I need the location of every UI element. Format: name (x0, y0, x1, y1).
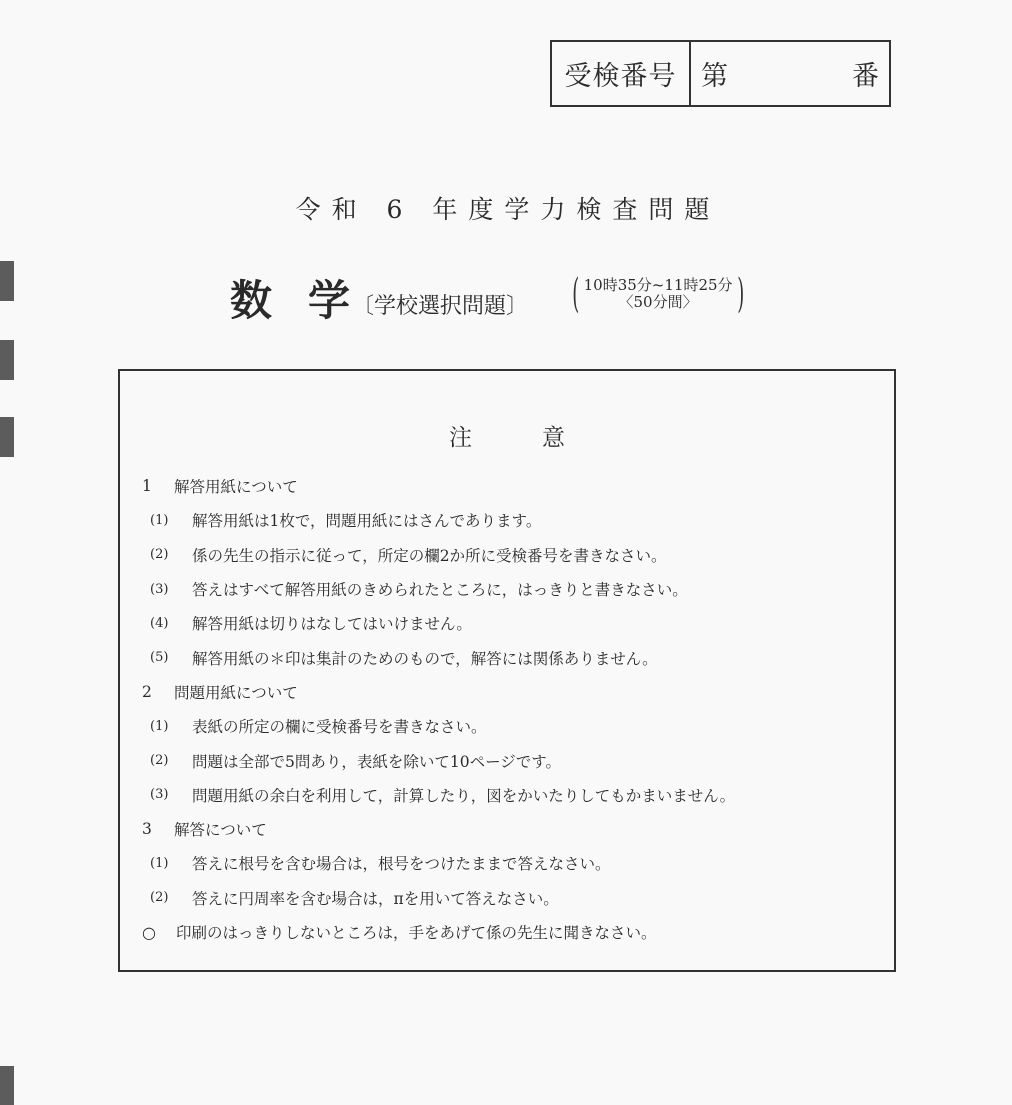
list-item: (2) 係の先生の指示に従って，所定の欄2か所に受検番号を書きなさい。 (142, 538, 884, 572)
final-note: ○ 印刷のはっきりしないところは，手をあげて係の先生に聞きなさい。 (142, 915, 884, 949)
circle-bullet-icon: ○ (142, 923, 176, 942)
exam-number-box: 受検番号 第 番 (550, 40, 891, 107)
notice-list: 1 解答用紙について (1) 解答用紙は1枚で，問題用紙にはさんであります。 (… (142, 469, 884, 949)
scan-mark (0, 1066, 14, 1105)
list-item: (3) 答えはすべて解答用紙のきめられたところに，はっきりと書きなさい。 (142, 572, 884, 606)
exam-number-label: 受検番号 (552, 42, 691, 105)
list-item: (5) 解答用紙の＊印は集計のためのもので，解答には関係ありません。 (142, 640, 884, 674)
year-title: 令和 6 年度学力検査問題 (0, 190, 1012, 226)
scan-mark (0, 417, 14, 457)
list-item: (1) 答えに根号を含む場合は，根号をつけたままで答えなさい。 (142, 846, 884, 880)
list-item: (2) 答えに円周率を含む場合は，πを用いて答えなさい。 (142, 881, 884, 915)
section-heading: 3 解答について (142, 812, 884, 846)
duration: 〈50分間〉 (619, 294, 698, 311)
list-item: (4) 解答用紙は切りはなしてはいけません。 (142, 606, 884, 640)
subject-heading: 数学 〔学校選択問題〕 (230, 268, 528, 328)
list-item: (1) 表紙の所定の欄に受検番号を書きなさい。 (142, 709, 884, 743)
scan-mark (0, 261, 14, 301)
open-paren: ( (572, 276, 579, 312)
subject-subtitle: 〔学校選択問題〕 (352, 289, 528, 320)
notice-title: 注意 (120, 419, 894, 452)
list-item: (3) 問題用紙の余白を利用して，計算したり，図をかいたりしてもかまいません。 (142, 778, 884, 812)
exam-time: ( 10時35分~11時25分 〈50分間〉 ) (568, 276, 748, 312)
exam-number-field[interactable]: 第 番 (691, 42, 889, 105)
exam-number-suffix: 番 (852, 54, 879, 93)
list-item: (2) 問題は全部で5問あり，表紙を除いて10ページです。 (142, 743, 884, 777)
close-paren: ) (737, 276, 744, 312)
section-heading: 2 問題用紙について (142, 675, 884, 709)
exam-number-prefix: 第 (701, 54, 728, 93)
section-heading: 1 解答用紙について (142, 469, 884, 503)
time-range: 10時35分~11時25分 (584, 277, 733, 294)
list-item: (1) 解答用紙は1枚で，問題用紙にはさんであります。 (142, 503, 884, 537)
notice-box: 注意 1 解答用紙について (1) 解答用紙は1枚で，問題用紙にはさんであります… (118, 369, 896, 972)
scan-mark (0, 340, 14, 380)
